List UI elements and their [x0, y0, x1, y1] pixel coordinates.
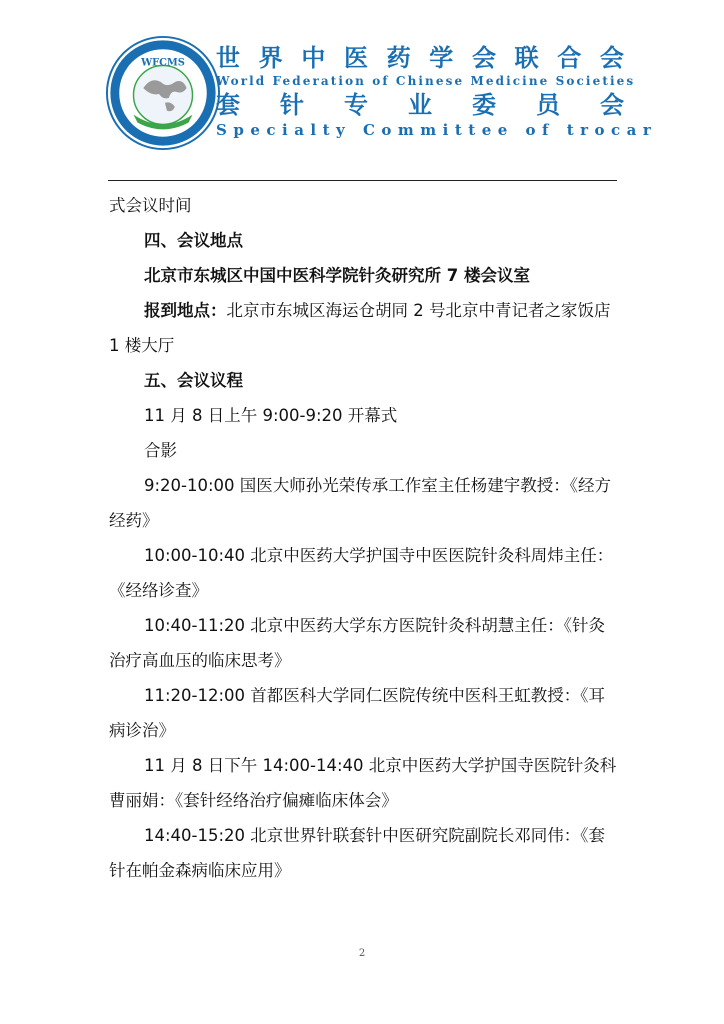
org-title-block: 世 界 中 医 药 学 会 联 合 会 World Federation of …	[216, 44, 624, 139]
agenda-item: 合影	[109, 433, 621, 468]
agenda-item: 10:00-10:40 北京中医药大学护国寺中医医院针灸科周炜主任：《经络诊查》	[109, 538, 621, 608]
section-heading-agenda: 五、会议议程	[109, 363, 621, 398]
agenda-item: 9:20-10:00 国医大师孙光荣传承工作室主任杨建宇教授：《经方经药》	[109, 468, 621, 538]
registration-paragraph: 报到地点：北京市东城区海运仓胡同 2 号北京中青记者之家饭店 1 楼大厅	[109, 293, 621, 363]
org-name-char: 药	[387, 44, 411, 72]
committee-name-char: 业	[408, 91, 432, 119]
committee-name-char: 会	[600, 91, 624, 119]
committee-name-cn: 套 针 专 业 委 员 会	[216, 91, 624, 119]
venue-address: 北京市东城区中国中医科学院针灸研究所 7 楼会议室	[109, 258, 621, 293]
committee-name-char: 员	[536, 91, 560, 119]
org-name-char: 中	[301, 44, 325, 72]
org-name-char: 合	[557, 44, 581, 72]
document-body: 式会议时间 四、会议地点 北京市东城区中国中医科学院针灸研究所 7 楼会议室 报…	[109, 188, 621, 888]
org-name-char: 界	[259, 44, 283, 72]
agenda-item: 14:40-15:20 北京世界针联套针中医研究院副院长邓同伟：《套针在帕金森病…	[109, 818, 621, 888]
svg-text:WFCMS: WFCMS	[140, 57, 185, 68]
org-name-char: 学	[429, 44, 453, 72]
agenda-item: 10:40-11:20 北京中医药大学东方医院针灸科胡慧主任：《针灸治疗高血压的…	[109, 608, 621, 678]
committee-name-en: Specialty Committee of trocar	[216, 121, 624, 139]
org-name-en: World Federation of Chinese Medicine Soc…	[216, 73, 624, 89]
agenda-item: 11 月 8 日上午 9:00-9:20 开幕式	[109, 398, 621, 433]
section-heading-venue: 四、会议地点	[109, 223, 621, 258]
committee-name-char: 专	[344, 91, 368, 119]
wfcms-logo-icon: WFCMS	[104, 34, 222, 152]
paragraph-continuation: 式会议时间	[109, 188, 621, 223]
org-name-char: 世	[216, 44, 240, 72]
committee-name-char: 套	[216, 91, 240, 119]
org-name-char: 会	[472, 44, 496, 72]
agenda-item: 11:20-12:00 首都医科大学同仁医院传统中医科王虹教授：《耳病诊治》	[109, 678, 621, 748]
committee-name-char: 针	[280, 91, 304, 119]
page-number: 2	[0, 948, 724, 959]
registration-label: 报到地点：	[144, 301, 227, 320]
org-name-char: 会	[600, 44, 624, 72]
letterhead: WFCMS 世 界 中 医 药 学 会 联 合 会 World Federati…	[104, 34, 624, 164]
org-name-char: 医	[344, 44, 368, 72]
agenda-item: 11 月 8 日下午 14:00-14:40 北京中医药大学护国寺医院针灸科曹丽…	[109, 748, 621, 818]
org-name-char: 联	[515, 44, 539, 72]
header-divider	[108, 180, 617, 181]
org-name-cn: 世 界 中 医 药 学 会 联 合 会	[216, 44, 624, 72]
document-page: WFCMS 世 界 中 医 药 学 会 联 合 会 World Federati…	[0, 0, 724, 1024]
committee-name-char: 委	[472, 91, 496, 119]
